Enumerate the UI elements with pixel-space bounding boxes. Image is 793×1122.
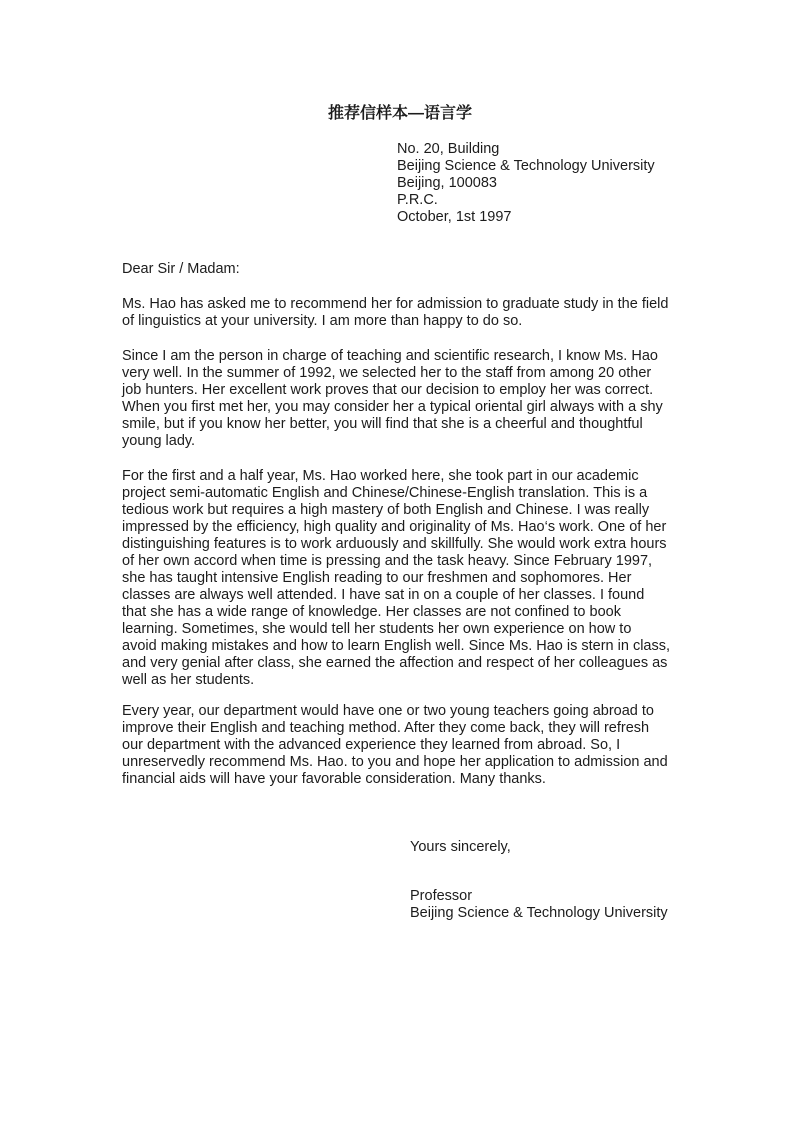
- salutation: Dear Sir / Madam:: [122, 261, 722, 278]
- body-paragraph-4: Every year, our department would have on…: [122, 703, 722, 788]
- body-paragraph-2: Since I am the person in charge of teach…: [122, 348, 722, 450]
- body-paragraph-3: For the first and a half year, Ms. Hao w…: [122, 468, 722, 689]
- signature-block: Professor Beijing Science & Technology U…: [410, 888, 722, 922]
- letter-content: 推荐信样本—语言学 No. 20, Building Beijing Scien…: [122, 104, 722, 922]
- sender-address-block: No. 20, Building Beijing Science & Techn…: [397, 141, 722, 226]
- body-paragraph-1: Ms. Hao has asked me to recommend her fo…: [122, 296, 722, 330]
- letter-page: 推荐信样本—语言学 No. 20, Building Beijing Scien…: [0, 0, 793, 1122]
- closing-phrase: Yours sincerely,: [410, 839, 722, 856]
- letter-title: 推荐信样本—语言学: [122, 104, 678, 124]
